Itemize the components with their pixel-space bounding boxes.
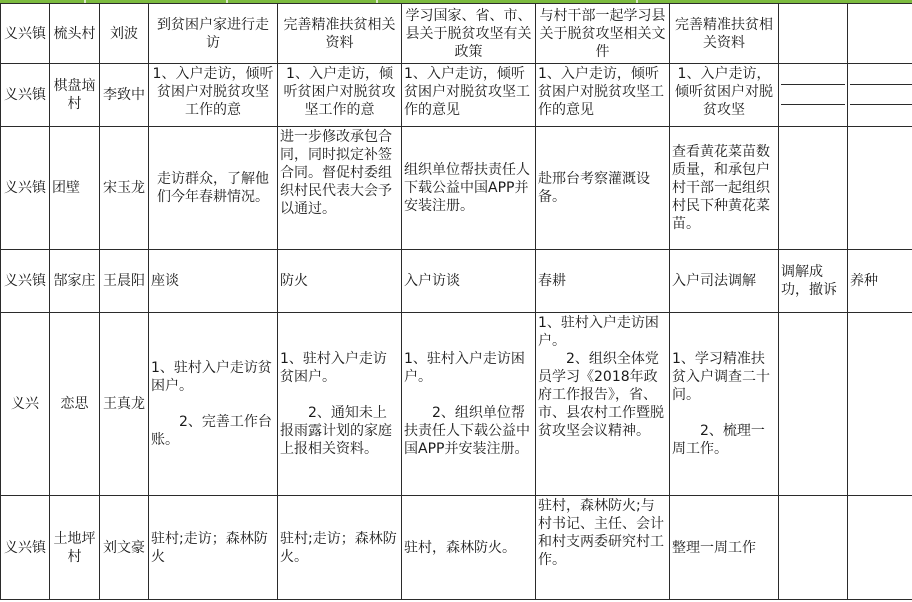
cell-extra-split[interactable] [848,64,912,127]
cell-extra[interactable]: 调解成功，撤诉 [779,250,848,313]
sub-cell[interactable] [850,105,912,125]
cell-activity[interactable]: 整理一周工作 [670,496,779,600]
cell-village[interactable]: 恋思 [50,313,100,496]
sub-cell[interactable] [781,105,845,125]
cell-extra[interactable] [779,4,848,64]
cell-activity[interactable]: 1、驻村入户走访贫困户。 2、完善工作台账。 [149,313,278,496]
cell-activity[interactable]: 1、驻村入户走访困户。 2、组织全体党员学习《2018年政府工作报告》，省、市、… [536,313,670,496]
cell-activity[interactable]: 进一步修改承包合同，同时拟定补签合同。督促村委组织村民代表大会予以通过。 [278,127,402,250]
cell-village[interactable]: 团壁 [50,127,100,250]
cell-extra[interactable] [779,313,848,496]
cell-activity[interactable]: 1、入户走访，倾听贫困户对脱贫攻坚 [670,64,779,127]
sub-cell[interactable] [781,65,845,85]
cell-town[interactable]: 义兴镇 [1,127,50,250]
cell-name[interactable]: 王真龙 [100,313,149,496]
cell-name[interactable]: 宋玉龙 [100,127,149,250]
cell-extra-split[interactable] [779,64,848,127]
table-row: 义兴镇 郜家庄 王晨阳 座谈 防火 入户访谈 春耕 入户司法调解 调解成功，撤诉… [1,250,912,313]
cell-town[interactable]: 义兴镇 [1,4,50,64]
cell-activity[interactable]: 春耕 [536,250,670,313]
cell-name[interactable]: 刘文豪 [100,496,149,600]
sub-cell[interactable] [850,65,912,85]
cell-town[interactable]: 义兴镇 [1,64,50,127]
table-row: 义兴镇 团壁 宋玉龙 走访群众，了解他们今年春耕情况。 进一步修改承包合同，同时… [1,127,912,250]
cell-extra[interactable] [848,127,912,250]
cell-activity[interactable]: 1、入户走访，倾听贫困户对脱贫攻坚工作的意见 [402,64,536,127]
cell-extra[interactable] [848,4,912,64]
cell-activity[interactable]: 组织单位帮扶责任人下载公益中国APP并安装注册。 [402,127,536,250]
cell-activity[interactable]: 1、入户走访，倾听贫困户对脱贫攻坚工作的意 [278,64,402,127]
cell-activity[interactable]: 入户司法调解 [670,250,779,313]
cell-activity[interactable]: 1、入户走访，倾听贫困户对脱贫攻坚工作的意见 [536,64,670,127]
cell-extra[interactable] [848,496,912,600]
cell-name[interactable]: 王晨阳 [100,250,149,313]
cell-name[interactable]: 李致中 [100,64,149,127]
cell-activity[interactable]: 走访群众，了解他们今年春耕情况。 [149,127,278,250]
work-log-table: 义兴镇 梳头村 刘波 到贫困户家进行走访 完善精准扶贫相关资料 学习国家、省、市… [0,3,912,600]
cell-extra[interactable] [848,313,912,496]
sub-cell[interactable] [850,85,912,105]
cell-activity[interactable]: 完善精准扶贫相关资料 [670,4,779,64]
cell-name[interactable]: 刘波 [100,4,149,64]
cell-town[interactable]: 义兴 [1,313,50,496]
cell-village[interactable]: 梳头村 [50,4,100,64]
cell-village[interactable]: 棋盘垴村 [50,64,100,127]
cell-activity[interactable]: 座谈 [149,250,278,313]
table-row: 义兴 恋思 王真龙 1、驻村入户走访贫困户。 2、完善工作台账。 1、驻村入户走… [1,313,912,496]
cell-activity[interactable]: 完善精准扶贫相关资料 [278,4,402,64]
table-row: 义兴镇 梳头村 刘波 到贫困户家进行走访 完善精准扶贫相关资料 学习国家、省、市… [1,4,912,64]
cell-activity[interactable]: 1、入户走访，倾听贫困户对脱贫攻坚工作的意 [149,64,278,127]
cell-activity[interactable]: 1、驻村入户走访困户。 2、组织单位帮扶责任人下载公益中国APP并安装注册。 [402,313,536,496]
table-row: 义兴镇 棋盘垴村 李致中 1、入户走访，倾听贫困户对脱贫攻坚工作的意 1、入户走… [1,64,912,127]
cell-activity[interactable]: 与村干部一起学习县关于脱贫攻坚相关文件 [536,4,670,64]
cell-town[interactable]: 义兴镇 [1,250,50,313]
cell-activity[interactable]: 驻村;走访；森林防火。 [278,496,402,600]
cell-activity[interactable]: 学习国家、省、市、县关于脱贫攻坚有关政策 [402,4,536,64]
cell-extra[interactable]: 养种 [848,250,912,313]
cell-activity[interactable]: 驻村;走访；森林防火 [149,496,278,600]
cell-activity[interactable]: 驻村，森林防火。 [402,496,536,600]
cell-village[interactable]: 郜家庄 [50,250,100,313]
table-row: 义兴镇 土地坪村 刘文豪 驻村;走访；森林防火 驻村;走访；森林防火。 驻村，森… [1,496,912,600]
cell-activity[interactable]: 驻村，森林防火;与村书记、主任、会计和村支两委研究村工作。 [536,496,670,600]
cell-activity[interactable]: 到贫困户家进行走访 [149,4,278,64]
cell-extra[interactable] [779,127,848,250]
cell-activity[interactable]: 1、驻村入户走访贫困户。 2、通知未上报雨露计划的家庭上报相关资料。 [278,313,402,496]
cell-activity[interactable]: 赴邢台考察灌溉设备。 [536,127,670,250]
cell-activity[interactable]: 查看黄花菜苗数质量，和承包户村干部一起组织村民下种黄花菜苗。 [670,127,779,250]
cell-activity[interactable]: 入户访谈 [402,250,536,313]
cell-activity[interactable]: 1、学习精准扶贫入户调查二十问。 2、梳理一周工作。 [670,313,779,496]
sub-cell[interactable] [781,85,845,105]
cell-village[interactable]: 土地坪村 [50,496,100,600]
cell-town[interactable]: 义兴镇 [1,496,50,600]
cell-activity[interactable]: 防火 [278,250,402,313]
cell-extra[interactable] [779,496,848,600]
